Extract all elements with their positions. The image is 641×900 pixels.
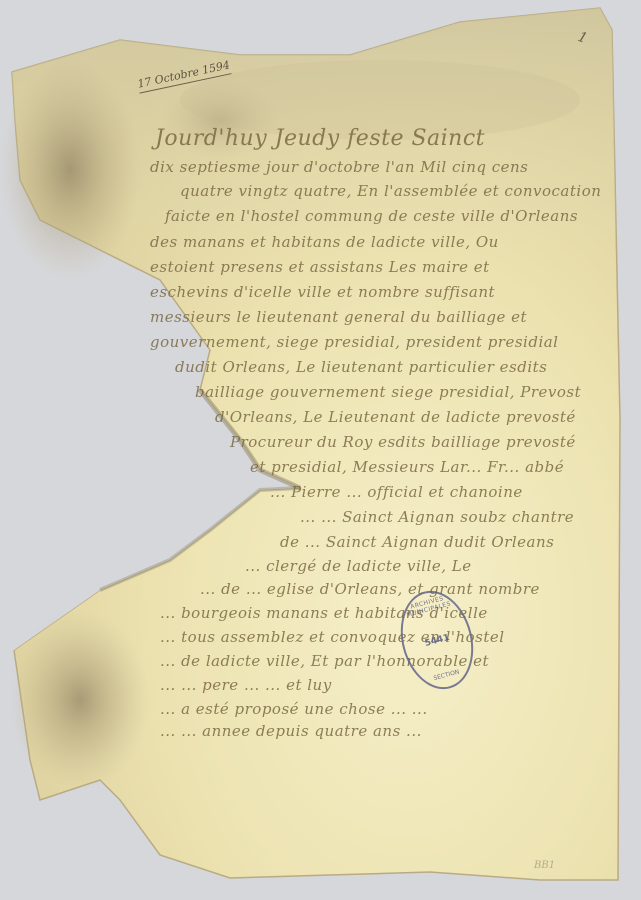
manuscript-line: eschevins d'icelle ville et nombre suffi… bbox=[150, 283, 495, 301]
manuscript-line: quatre vingtz quatre, En l'assemblée et … bbox=[180, 182, 601, 200]
manuscript-line: ... ... pere ... ... et luy bbox=[160, 676, 332, 694]
document-viewer: 1 17 Octobre 1594 Jourd'huy Jeudy feste … bbox=[0, 0, 641, 900]
manuscript-line: dix septiesme jour d'octobre l'an Mil ci… bbox=[150, 158, 528, 176]
manuscript-line: gouvernement, siege presidial, president… bbox=[150, 333, 558, 351]
stamp-number: 5441 bbox=[404, 628, 470, 655]
manuscript-line: dudit Orleans, Le lieutenant particulier… bbox=[175, 358, 547, 376]
manuscript-line: et presidial, Messieurs Lar... Fr... abb… bbox=[250, 458, 564, 476]
manuscript-line: estoient presens et assistans Les maire … bbox=[150, 258, 490, 276]
manuscript-line: ... Pierre ... official et chanoine bbox=[270, 483, 523, 501]
manuscript-line: des manans et habitans de ladicte ville,… bbox=[150, 233, 499, 251]
pencil-shelfmark: BB1 bbox=[534, 860, 555, 871]
manuscript-line: de ... Sainct Aignan dudit Orleans bbox=[280, 533, 554, 551]
manuscript-line: Procureur du Roy esdits bailliage prevos… bbox=[230, 433, 576, 451]
manuscript-line: Jourd'huy Jeudy feste Sainct bbox=[155, 126, 485, 151]
manuscript-line: faicte en l'hostel commung de ceste vill… bbox=[165, 207, 578, 225]
manuscript-line: ... a esté proposé une chose ... ... bbox=[160, 700, 428, 718]
manuscript-line: bailliage gouvernement siege presidial, … bbox=[195, 383, 581, 401]
manuscript-line: d'Orleans, Le Lieutenant de ladicte prev… bbox=[215, 408, 576, 426]
manuscript-line: messieurs le lieutenant general du baill… bbox=[150, 308, 527, 326]
manuscript-line: ... ... Sainct Aignan soubz chantre bbox=[300, 508, 574, 526]
manuscript-line: ... de ... eglise d'Orleans, et grant no… bbox=[200, 580, 540, 598]
manuscript-line: ... ... annee depuis quatre ans ... bbox=[160, 722, 422, 740]
manuscript-line: ... clergé de ladicte ville, Le bbox=[245, 557, 472, 575]
